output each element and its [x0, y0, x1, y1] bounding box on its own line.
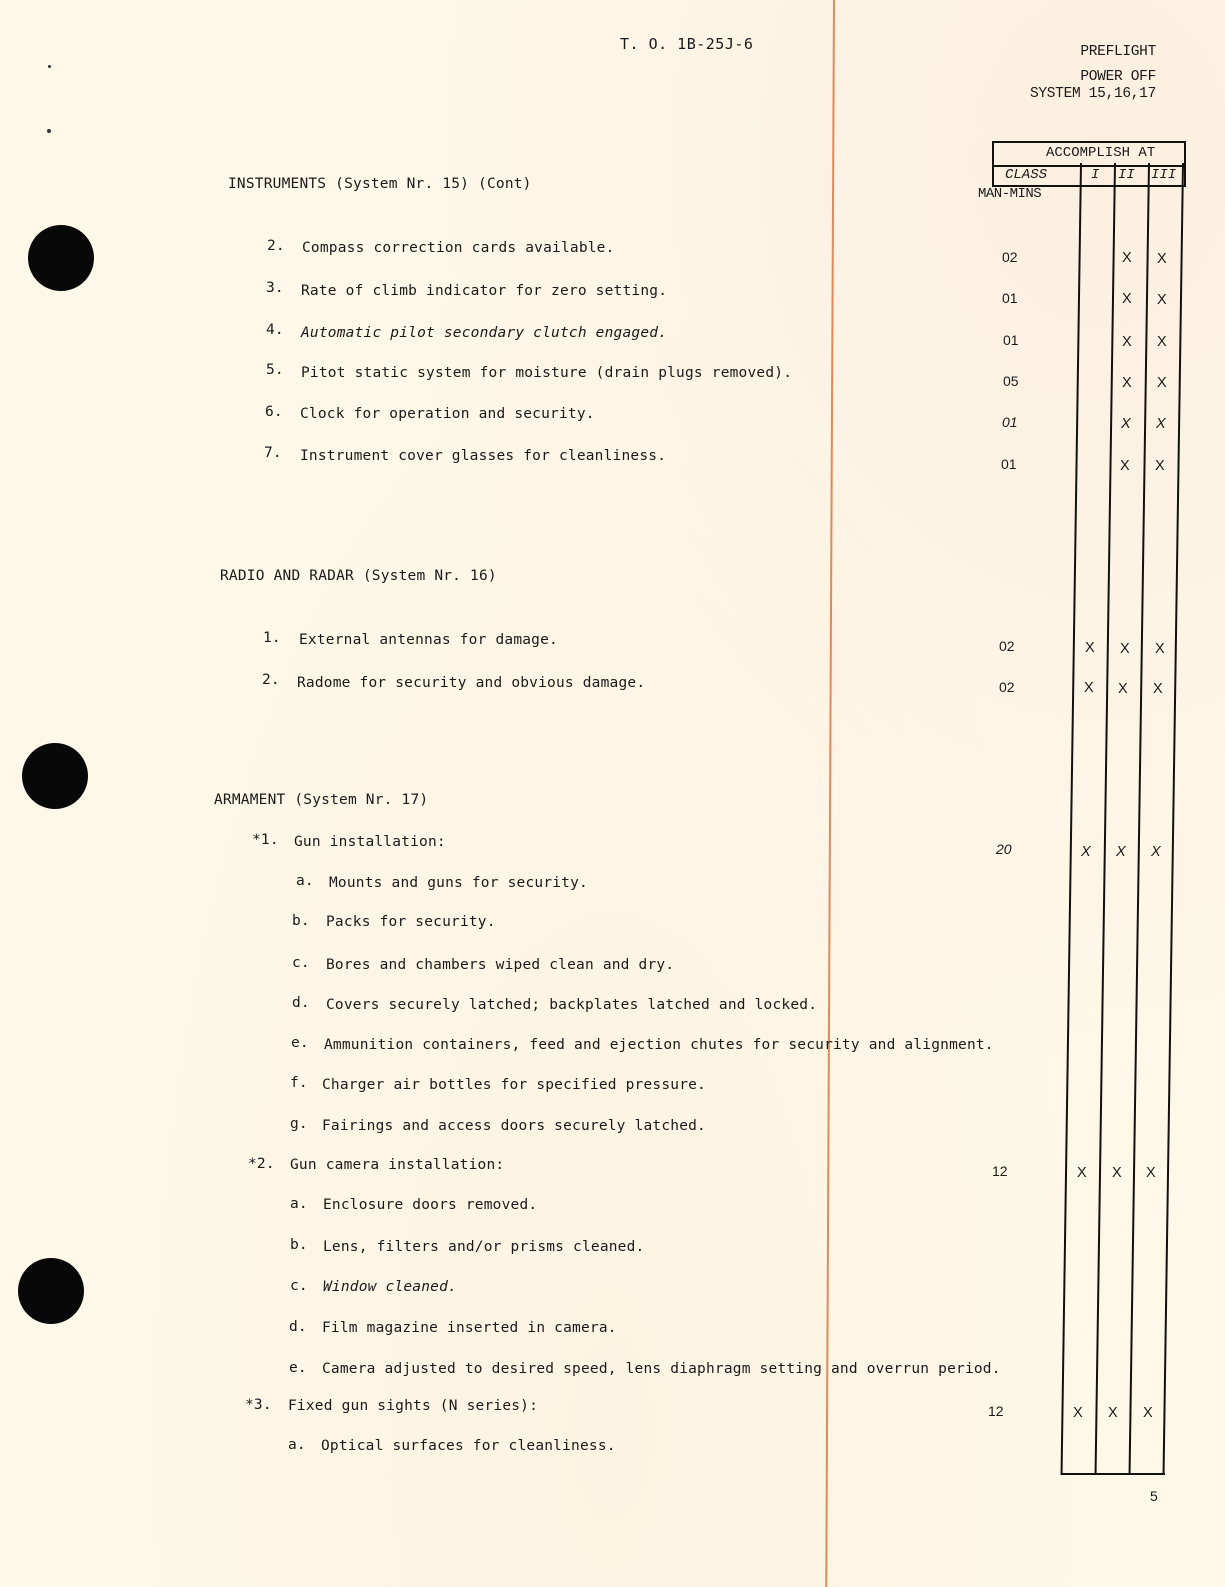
item-number: 7. — [264, 445, 282, 461]
class-III-mark: X — [1156, 416, 1166, 432]
subitem-letter: d. — [289, 1319, 307, 1335]
page-number: 5 — [1150, 1488, 1158, 1504]
subitem-text: Charger air bottles for specified pressu… — [322, 1077, 706, 1093]
man-mins-value: 02 — [999, 638, 1015, 654]
class-I-mark: X — [1081, 844, 1091, 860]
subitem-letter: g. — [290, 1116, 308, 1132]
class-II-mark: X — [1122, 334, 1132, 350]
table-bottom-border — [1061, 1473, 1165, 1475]
subitem-text: Optical surfaces for cleanliness. — [321, 1438, 616, 1454]
subitem-letter: d. — [292, 995, 310, 1011]
subitem-text: Enclosure doors removed. — [323, 1197, 537, 1213]
subitem-text: Camera adjusted to desired speed, lens d… — [322, 1361, 1001, 1377]
class-II-mark: X — [1120, 641, 1130, 657]
man-mins-value: 20 — [996, 841, 1012, 857]
subitem-letter: b. — [290, 1237, 308, 1253]
item-text: Clock for operation and security. — [300, 406, 595, 422]
subitem-letter: a. — [290, 1196, 308, 1212]
man-mins-value: 01 — [1002, 290, 1018, 306]
class-II-mark: X — [1122, 250, 1132, 266]
punch-hole — [22, 743, 88, 809]
subitem-letter: a. — [288, 1437, 306, 1453]
class-I-mark: X — [1085, 640, 1095, 656]
item-number: 5. — [266, 362, 284, 378]
man-mins-value: 01 — [1002, 414, 1018, 430]
subitem-text: Mounts and guns for security. — [329, 875, 588, 891]
class-III-mark: X — [1157, 292, 1167, 308]
class-II-mark: X — [1108, 1405, 1118, 1421]
class-II-mark: X — [1122, 291, 1132, 307]
man-mins-value: 02 — [1002, 249, 1018, 265]
item-text: Radome for security and obvious damage. — [297, 675, 645, 691]
subitem-letter: c. — [290, 1278, 308, 1294]
class-II-mark: X — [1122, 375, 1132, 391]
subitem-letter: a. — [296, 873, 314, 889]
class-I-mark: X — [1073, 1405, 1083, 1421]
item-number: 6. — [265, 404, 283, 420]
class-II-mark: X — [1112, 1165, 1122, 1181]
systems-label: SYSTEM 15,16,17 — [1030, 86, 1156, 103]
man-mins-value: 12 — [992, 1163, 1008, 1179]
class-II-mark: X — [1121, 416, 1131, 432]
item-text: Pitot static system for moisture (drain … — [301, 365, 792, 381]
class-II-mark: X — [1116, 844, 1126, 860]
man-mins-value: 01 — [1001, 456, 1017, 472]
class-I-mark: X — [1077, 1165, 1087, 1181]
item-text: Instrument cover glasses for cleanliness… — [300, 448, 666, 464]
item-number: 4. — [266, 322, 284, 338]
class-III-mark: X — [1143, 1405, 1153, 1421]
section-title-radio-radar: RADIO AND RADAR (System Nr. 16) — [220, 568, 497, 584]
subitem-text: Ammunition containers, feed and ejection… — [324, 1037, 994, 1053]
item-number: *3. — [245, 1397, 272, 1413]
man-mins-value: 05 — [1003, 373, 1019, 389]
subitem-text: Fairings and access doors securely latch… — [322, 1118, 706, 1134]
item-text: External antennas for damage. — [299, 632, 558, 648]
item-number: 2. — [267, 238, 285, 254]
class-III-mark: X — [1151, 844, 1161, 860]
subitem-text: Bores and chambers wiped clean and dry. — [326, 957, 674, 973]
section-title-armament: ARMAMENT (System Nr. 17) — [214, 792, 428, 808]
condition-label: POWER OFF — [1080, 69, 1156, 86]
subitem-letter: e. — [289, 1360, 307, 1376]
item-number: *2. — [248, 1156, 275, 1172]
class-I-header: I — [1091, 167, 1099, 183]
item-number: 3. — [266, 280, 284, 296]
phase-label: PREFLIGHT — [1080, 44, 1156, 61]
item-text: Compass correction cards available. — [302, 240, 615, 256]
class-III-mark: X — [1155, 641, 1165, 657]
speck-mark — [48, 65, 51, 68]
man-mins-value: 02 — [999, 679, 1015, 695]
subitem-text: Lens, filters and/or prisms cleaned. — [323, 1239, 644, 1255]
man-mins-label: MAN-MINS — [978, 186, 1041, 202]
subitem-letter: b. — [292, 913, 310, 929]
item-number: *1. — [252, 832, 279, 848]
tech-order-number: T. O. 1B-25J-6 — [620, 35, 753, 53]
class-III-mark: X — [1155, 458, 1165, 474]
punch-hole — [28, 225, 94, 291]
punch-hole — [18, 1258, 84, 1324]
accomplish-at-label: ACCOMPLISH AT — [1046, 145, 1155, 161]
subitem-text: Covers securely latched; backplates latc… — [326, 997, 817, 1013]
item-text: Fixed gun sights (N series): — [288, 1398, 538, 1414]
class-II-mark: X — [1118, 681, 1128, 697]
section-title-instruments: INSTRUMENTS (System Nr. 15) (Cont) — [228, 176, 532, 192]
subitem-text: Packs for security. — [326, 914, 496, 930]
paper-background — [0, 0, 1225, 1587]
speck-mark — [47, 129, 51, 133]
man-mins-value: 01 — [1003, 332, 1019, 348]
subitem-letter: e. — [291, 1035, 309, 1051]
class-III-mark: X — [1153, 681, 1163, 697]
class-III-mark: X — [1157, 334, 1167, 350]
class-III-mark: X — [1157, 251, 1167, 267]
class-I-mark: X — [1084, 680, 1094, 696]
item-text: Gun installation: — [294, 834, 446, 850]
class-III-header: III — [1151, 167, 1176, 183]
item-text: Gun camera installation: — [290, 1157, 504, 1173]
man-mins-value: 12 — [988, 1403, 1004, 1419]
item-text: Automatic pilot secondary clutch engaged… — [301, 325, 667, 341]
subitem-letter: f. — [290, 1075, 308, 1091]
class-III-mark: X — [1146, 1165, 1156, 1181]
item-number: 1. — [263, 630, 281, 646]
subitem-text: Film magazine inserted in camera. — [322, 1320, 617, 1336]
class-III-mark: X — [1157, 375, 1167, 391]
class-label: CLASS — [1005, 167, 1047, 183]
class-II-mark: X — [1120, 458, 1130, 474]
item-text: Rate of climb indicator for zero setting… — [301, 283, 667, 299]
subitem-text: Window cleaned. — [323, 1279, 457, 1295]
class-II-header: II — [1118, 167, 1135, 183]
subitem-letter: c. — [292, 955, 310, 971]
item-number: 2. — [262, 672, 280, 688]
